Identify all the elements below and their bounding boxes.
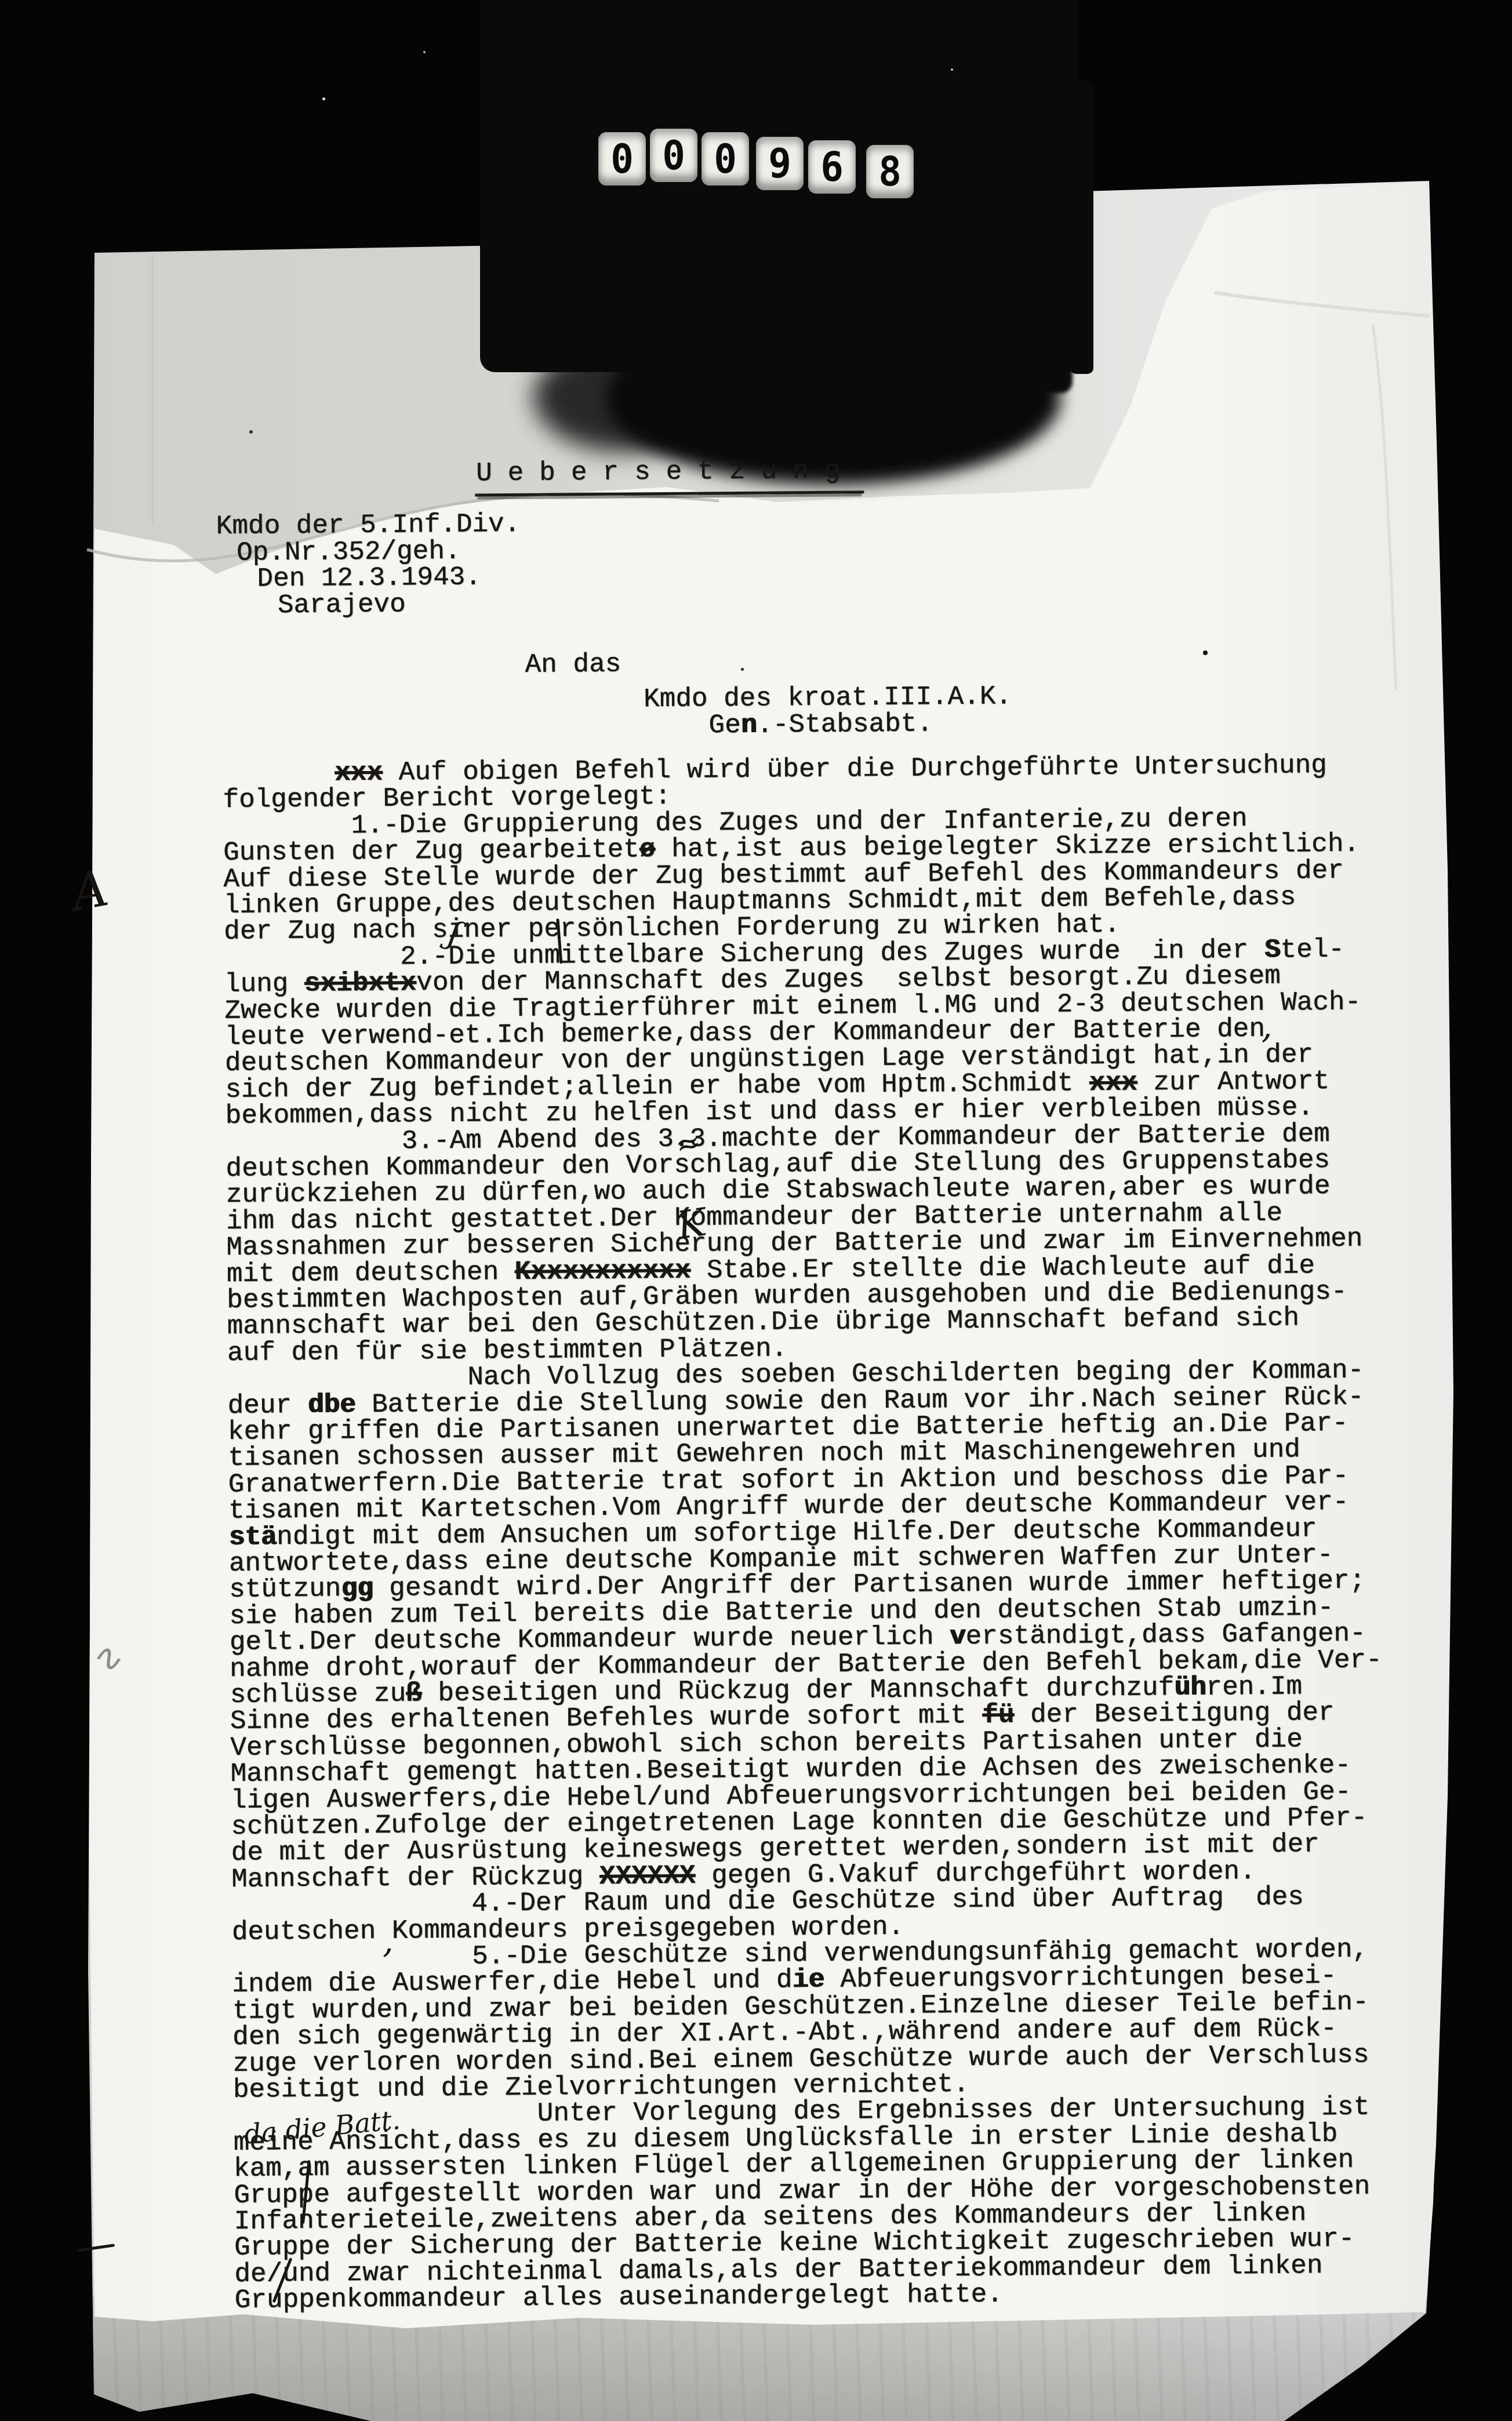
inserted-comma-wachleute: , [1261, 1006, 1273, 1046]
document-title: Uebersetzung [475, 457, 864, 496]
scanned-document-page: 000968 Uebersetzung Kmdo der 5.Inf.Div.O… [0, 0, 1512, 2421]
body-line: xxx Auf obigen Befehl wird über die Durc… [223, 752, 1327, 787]
sender-line: Sarajevo [278, 591, 406, 619]
report-body: xxx Auf obigen Befehl wird über die Durc… [223, 751, 1440, 760]
inserted-comma-kommandeurs: , [383, 1921, 394, 1961]
sender-line: Kmdo der 5.Inf.Div. [216, 511, 521, 540]
sender-line: Den 12.3.1943. [257, 564, 481, 592]
margin-dash [78, 2244, 115, 2252]
typed-text-layer: Uebersetzung Kmdo der 5.Inf.Div.Op.Nr.35… [0, 0, 1512, 2421]
recipient-line: Kmdo des kroat.III.A.K. [644, 683, 1012, 713]
body-line: Gruppenkommandeur alles auseinandergeleg… [235, 2281, 1003, 2314]
recipient-line: An das [525, 651, 621, 678]
recipient-line: Gen.-Stabsabt. [708, 710, 933, 739]
handwritten-a: A [67, 859, 112, 923]
pencil-squiggle: ∿ [88, 1634, 124, 1681]
